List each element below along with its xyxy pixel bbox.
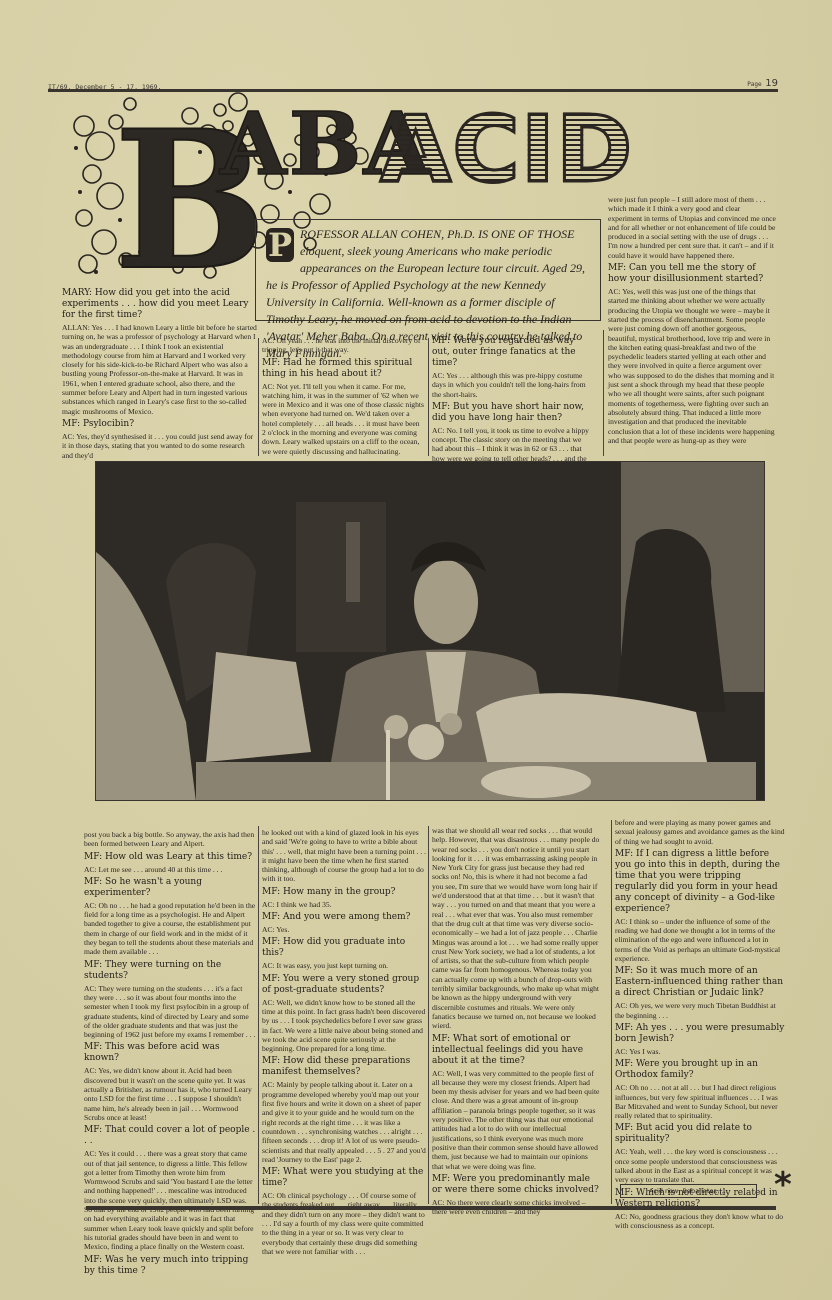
question: MF: So he wasn't a young experimenter?	[84, 877, 256, 899]
column-divider	[258, 338, 259, 456]
photo-illustration	[96, 462, 765, 801]
answer: was that we should all wear red socks . …	[432, 826, 600, 1031]
answer: AC: Not yet. I'll tell you when it came.…	[262, 382, 424, 456]
lower-column-3: was that we should all wear red socks . …	[432, 826, 600, 1217]
question: MF: What were you studying at the time?	[262, 1167, 426, 1189]
answer: AC: Yes . . . although this was pre-hipp…	[432, 371, 594, 399]
answer: post you back a big bottle. So anyway, t…	[84, 830, 256, 849]
column-divider	[603, 330, 604, 456]
page-number: Page 19	[747, 78, 778, 89]
answer: AC: Well, I was very committed to the pe…	[432, 1069, 600, 1171]
question: MF: Ah yes . . . you were presumably bor…	[615, 1023, 785, 1045]
answer: AC: Yeah, well . . . the key word is con…	[615, 1147, 785, 1184]
column-divider	[258, 826, 259, 1204]
column-divider	[428, 338, 429, 456]
question: MF: And you were among them?	[262, 912, 426, 923]
question: MF: If I can digress a little before you…	[615, 849, 785, 915]
answer: he looked out with a kind of glazed look…	[262, 828, 426, 884]
answer: were just fun people – I still adore mos…	[608, 195, 776, 260]
interview-photo	[95, 461, 765, 801]
question: MF: Was he very much into tripping by th…	[84, 1255, 256, 1277]
question: MF: But acid you did relate to spiritual…	[615, 1123, 785, 1145]
upper-column-2: AC: Oh yeah . . . he was into the initia…	[262, 336, 424, 457]
answer: AC: Oh no . . . not at all . . . but I h…	[615, 1083, 785, 1120]
answer: AC: I think we had 35.	[262, 900, 426, 909]
answer: AC: Yes, well this was just one of the t…	[608, 287, 776, 445]
question: MF: So it was much more of an Eastern-in…	[615, 966, 785, 999]
answer: AC: No, goodness gracious they don't kno…	[615, 1212, 785, 1231]
question: MF: This was before acid was known?	[84, 1042, 256, 1064]
question: MF: Can you tell me the story of how you…	[608, 263, 776, 285]
question: MF: You were a very stoned group of post…	[262, 974, 426, 996]
title-word-acid: ACID	[380, 104, 633, 196]
question: MF: That could cover a lot of people . .…	[84, 1125, 256, 1147]
question: MF: How did you graduate into this?	[262, 937, 426, 959]
column-divider	[611, 820, 612, 1204]
lower-column-4: before and were playing as many power ga…	[615, 818, 785, 1231]
intro-box: PROFESSOR ALLAN COHEN, Ph.D. IS ONE OF T…	[255, 219, 601, 321]
question: MF: Were you predominantly male or were …	[432, 1174, 600, 1196]
answer: AC: Mainly by people talking about it. L…	[262, 1080, 426, 1164]
question: MF: Were you brought up in an Orthodox f…	[615, 1059, 785, 1081]
question: MF: Were you regarded as way out, outer …	[432, 336, 594, 369]
question: MF: But you have short hair now, did you…	[432, 402, 594, 424]
question: MF: How old was Leary at this time?	[84, 852, 256, 863]
question: MF: How many in the group?	[262, 887, 426, 898]
lower-column-2: he looked out with a kind of glazed look…	[262, 828, 426, 1257]
answer: AC: Oh clinical psychology . . . Of cour…	[262, 1191, 426, 1256]
end-mark-icon: *	[774, 1168, 792, 1202]
upper-column-4: were just fun people – I still adore mos…	[608, 195, 776, 446]
upper-column-1: MARY: How did you get into the acid expe…	[62, 288, 257, 461]
answer: AC: Oh no . . . he had a good reputation…	[84, 901, 256, 957]
answer: AC: Yes it could . . . there was a great…	[84, 1149, 256, 1251]
question: MF: What sort of emotional or intellectu…	[432, 1034, 600, 1067]
upper-column-3: MF: Were you regarded as way out, outer …	[432, 336, 594, 473]
answer: AC: Yes I was.	[615, 1047, 785, 1056]
question: MARY: How did you get into the acid expe…	[62, 288, 257, 321]
answer: AC: They were turning on the students . …	[84, 984, 256, 1040]
answer: AC: Oh yeah . . . he was into the initia…	[262, 336, 424, 355]
question: MF: Had he formed this spiritual thing i…	[262, 358, 424, 380]
footer-rule	[86, 1206, 776, 1210]
answer: AC: Yes.	[262, 925, 426, 934]
answer: AC: Well, we didn't know how to be stone…	[262, 998, 426, 1054]
question: MF: How did these preparations manifest …	[262, 1056, 426, 1078]
lower-column-1: post you back a big bottle. So anyway, t…	[84, 830, 256, 1279]
answer: AC: It was easy, you just kept turning o…	[262, 961, 426, 970]
answer: before and were playing as many power ga…	[615, 818, 785, 846]
answer: AC: I think so – under the influence of …	[615, 917, 785, 963]
drop-cap: P	[266, 228, 294, 262]
question: MF: They were turning on the students?	[84, 960, 256, 982]
answer: AC: Oh yes, we were very much Tibetan Bu…	[615, 1001, 785, 1020]
answer: AC: Let me see . . . around 40 at this t…	[84, 865, 256, 874]
answer: AC: Yes, we didn't know about it. Acid h…	[84, 1066, 256, 1122]
answer: AC: Yes, they'd synthesised it . . . you…	[62, 432, 257, 460]
tagline-box: Acid now, Baba later......	[620, 1184, 757, 1198]
column-divider	[428, 826, 429, 1204]
answer: ALLAN: Yes . . . I had known Leary a lit…	[62, 323, 257, 416]
question: MF: Psylocibin?	[62, 419, 257, 430]
